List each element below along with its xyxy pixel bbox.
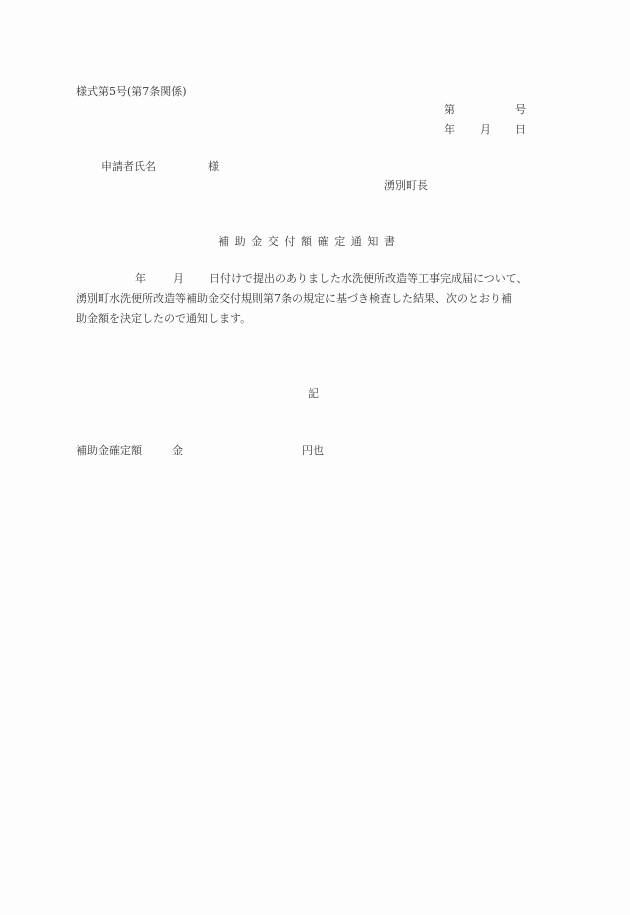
applicant-name-label: 申請者氏名	[101, 160, 156, 174]
applicant-honorific: 様	[208, 160, 219, 174]
ki-heading: 記	[308, 387, 319, 401]
date-day-label: 日	[515, 123, 526, 137]
body-year-label: 年	[135, 272, 146, 286]
amount-prefix: 金	[172, 444, 183, 458]
date-month-label: 月	[480, 123, 491, 137]
issuer-name: 湧別町長	[384, 179, 428, 193]
document-title: 補助金交付額確定通知書	[218, 235, 401, 249]
document-number-prefix: 第	[444, 103, 455, 117]
body-text-line-2: 湧別町水洗便所改造等補助金交付規則第7条の規定に基づき検査した結果、次のとおり補	[76, 292, 512, 306]
body-month-label: 月	[173, 272, 184, 286]
amount-label: 補助金確定額	[76, 444, 142, 458]
body-text-line-1: 日付けで提出のありました水洗便所改造等工事完成届について、	[209, 272, 528, 286]
document-number-suffix: 号	[515, 103, 526, 117]
amount-suffix: 円也	[302, 444, 324, 458]
date-year-label: 年	[444, 123, 455, 137]
form-label: 様式第5号(第7条関係)	[76, 85, 187, 99]
body-text-line-3: 助金額を決定したので通知します。	[76, 312, 251, 326]
